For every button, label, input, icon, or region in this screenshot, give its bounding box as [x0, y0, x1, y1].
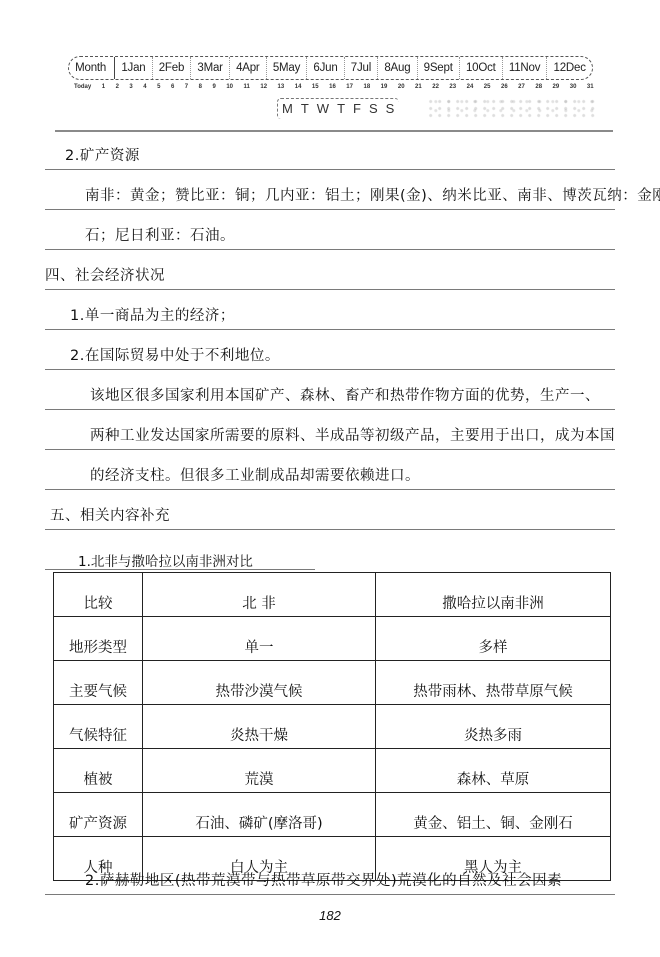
row-label: 气候特征	[54, 705, 143, 749]
day-number: 19	[381, 84, 388, 90]
today-label: Today	[74, 84, 91, 90]
faded-print-texture	[428, 98, 596, 118]
day-number: 28	[535, 84, 542, 90]
header-north-africa: 北 非	[143, 573, 376, 617]
note-line: 2.在国际贸易中处于不利地位。	[45, 330, 615, 370]
section-heading-supplement: 五、相关内容补充	[50, 504, 170, 525]
header-compare: 比较	[54, 573, 143, 617]
cell-south: 森林、草原	[376, 749, 611, 793]
note-line: 石；尼日利亚：石油。	[45, 210, 615, 250]
cell-north: 热带沙漠气候	[143, 661, 376, 705]
month-apr: 4Apr	[230, 57, 267, 79]
weekday-label: S	[386, 99, 396, 119]
day-number: 12	[260, 84, 267, 90]
day-number: 4	[143, 84, 146, 90]
header-sub-saharan-africa: 撒哈拉以南非洲	[376, 573, 611, 617]
day-number: 15	[312, 84, 319, 90]
day-number: 10	[226, 84, 233, 90]
comparison-table: 比较 北 非 撒哈拉以南非洲 地形类型 单一 多样 主要气候 热带沙漠气候 热带…	[53, 572, 611, 881]
weekday-label: F	[353, 99, 362, 119]
weekday-label: T	[337, 99, 346, 119]
day-number: 5	[157, 84, 160, 90]
row-label: 地形类型	[54, 617, 143, 661]
table-header-row: 比较 北 非 撒哈拉以南非洲	[54, 573, 611, 617]
weekday-label: M	[282, 99, 294, 119]
note-line: 的经济支柱。但很多工业制成品却需要依赖进口。	[45, 450, 615, 490]
month-jul: 7Jul	[345, 57, 379, 79]
day-number: 8	[199, 84, 202, 90]
section-heading-minerals: 2.矿产资源	[65, 144, 140, 165]
day-number: 9	[212, 84, 215, 90]
day-number: 11	[244, 84, 250, 90]
row-label: 植被	[54, 749, 143, 793]
weekday-label: T	[301, 99, 310, 119]
day-number: 24	[467, 84, 474, 90]
day-number: 6	[171, 84, 174, 90]
day-number: 29	[553, 84, 560, 90]
table-row: 地形类型 单一 多样	[54, 617, 611, 661]
table-row: 矿产资源 石油、磷矿(摩洛哥) 黄金、铝土、铜、金刚石	[54, 793, 611, 837]
note-line: 2.萨赫勒地区(热带荒漠带与热带草原带交界处)荒漠化的自然及社会因素	[45, 855, 615, 895]
weekday-index-row: M T W T F S S	[277, 98, 399, 119]
note-line: 五、相关内容补充	[45, 490, 615, 530]
day-index-row: Today 1 2 3 4 5 6 7 8 9 10 11 12 13 14 1…	[74, 82, 594, 92]
table-row: 主要气候 热带沙漠气候 热带雨林、热带草原气候	[54, 661, 611, 705]
day-number: 22	[432, 84, 439, 90]
month-sep: 9Sept	[418, 57, 460, 79]
day-number: 23	[449, 84, 456, 90]
day-number: 17	[346, 84, 353, 90]
row-label: 矿产资源	[54, 793, 143, 837]
month-dec: 12Dec	[547, 57, 592, 79]
cell-south: 多样	[376, 617, 611, 661]
day-number: 14	[295, 84, 302, 90]
day-number: 21	[415, 84, 422, 90]
month-jan: 1Jan	[115, 57, 152, 79]
month-feb: 2Feb	[153, 57, 192, 79]
day-number: 2	[116, 84, 119, 90]
section-heading-socioeconomic: 四、社会经济状况	[45, 264, 165, 285]
row-label: 主要气候	[54, 661, 143, 705]
cell-north: 单一	[143, 617, 376, 661]
cell-south: 黄金、铝土、铜、金刚石	[376, 793, 611, 837]
note-line: 南非：黄金；赞比亚：铜；几内亚：铝土；刚果(金)、纳米比亚、南非、博茨瓦纳：金刚	[45, 170, 615, 210]
note-text: 两种工业发达国家所需要的原料、半成品等初级产品，主要用于出口，成为本国	[90, 424, 615, 445]
note-line: 两种工业发达国家所需要的原料、半成品等初级产品，主要用于出口，成为本国	[45, 410, 615, 450]
note-line: 该地区很多国家利用本国矿产、森林、畜产和热带作物方面的优势，生产一、	[45, 370, 615, 410]
subsection-heading-sahel: 2.萨赫勒地区(热带荒漠带与热带草原带交界处)荒漠化的自然及社会因素	[85, 869, 562, 890]
day-number: 1	[102, 84, 105, 90]
day-number: 7	[185, 84, 188, 90]
day-number: 25	[484, 84, 491, 90]
cell-north: 石油、磷矿(摩洛哥)	[143, 793, 376, 837]
cell-south: 炎热多雨	[376, 705, 611, 749]
month-nov: 11Nov	[503, 57, 548, 79]
note-text: 2.在国际贸易中处于不利地位。	[70, 344, 280, 365]
month-mar: 3Mar	[191, 57, 230, 79]
note-text: 石；尼日利亚：石油。	[85, 224, 235, 245]
note-text: 该地区很多国家利用本国矿产、森林、畜产和热带作物方面的优势，生产一、	[90, 384, 600, 405]
day-number: 20	[398, 84, 405, 90]
day-number: 16	[329, 84, 336, 90]
day-number: 13	[278, 84, 285, 90]
weekday-label: W	[317, 99, 330, 119]
month-index-bar: Month 1Jan 2Feb 3Mar 4Apr 5May 6Jun 7Jul…	[68, 56, 593, 80]
cell-south: 热带雨林、热带草原气候	[376, 661, 611, 705]
month-aug: 8Aug	[378, 57, 417, 79]
table-row: 植被 荒漠 森林、草原	[54, 749, 611, 793]
cell-north: 荒漠	[143, 749, 376, 793]
cell-north: 炎热干燥	[143, 705, 376, 749]
note-text: 南非：黄金；赞比亚：铜；几内亚：铝土；刚果(金)、纳米比亚、南非、博茨瓦纳：金刚	[85, 184, 660, 205]
day-number: 3	[129, 84, 132, 90]
month-jun: 6Jun	[307, 57, 344, 79]
day-number: 26	[501, 84, 508, 90]
day-number: 30	[570, 84, 577, 90]
page-number: 182	[0, 908, 660, 923]
day-number: 27	[518, 84, 525, 90]
day-number: 31	[587, 84, 594, 90]
table-caption: 1.北非与撒哈拉以南非洲对比	[78, 550, 253, 570]
day-number: 18	[363, 84, 370, 90]
weekday-label: S	[369, 99, 379, 119]
note-line: 1.单一商品为主的经济；	[45, 290, 615, 330]
table-row: 气候特征 炎热干燥 炎热多雨	[54, 705, 611, 749]
month-may: 5May	[267, 57, 308, 79]
note-text: 的经济支柱。但很多工业制成品却需要依赖进口。	[90, 464, 420, 485]
note-text: 1.单一商品为主的经济；	[70, 304, 235, 325]
month-oct: 10Oct	[460, 57, 503, 79]
month-label: Month	[69, 57, 115, 79]
note-line: 2.矿产资源	[45, 130, 615, 170]
caption-underline	[45, 569, 315, 570]
note-line: 四、社会经济状况	[45, 250, 615, 290]
